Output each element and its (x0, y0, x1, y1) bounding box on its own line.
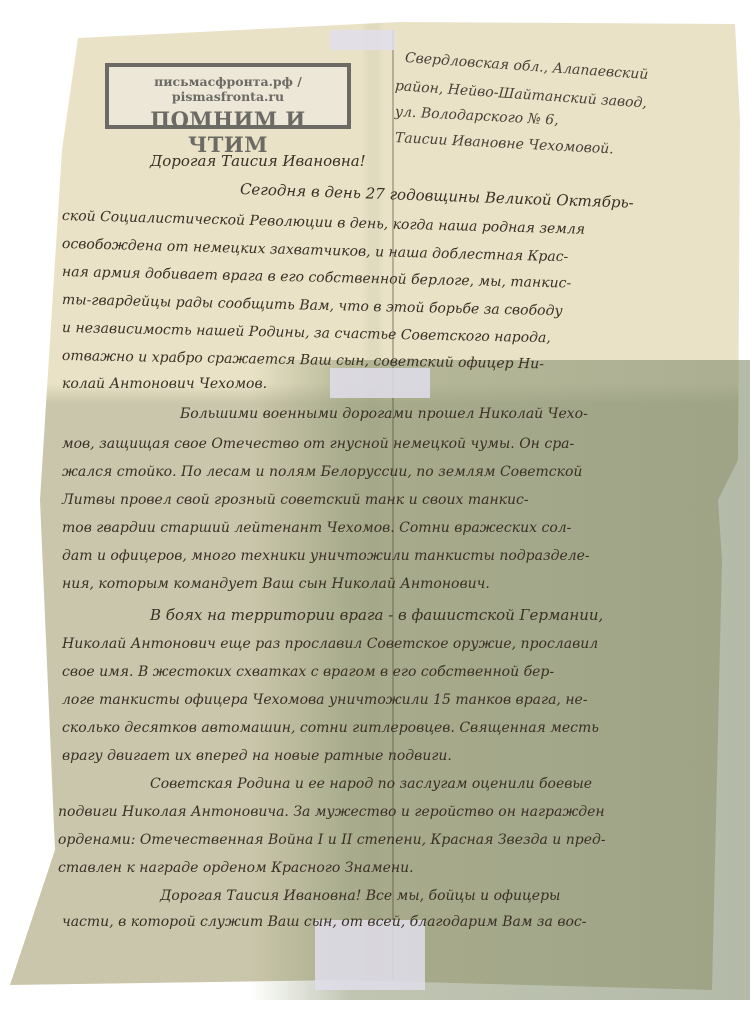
body-line: свое имя. В жестоких схватках с врагом в… (62, 664, 554, 680)
tape-piece (330, 368, 430, 398)
body-line: В боях на территории врага - в фашистско… (150, 606, 603, 624)
body-line: подвиги Николая Антоновича. За мужество … (58, 804, 605, 820)
body-line: дат и офицеров, много техники уничтожили… (62, 548, 590, 564)
body-line: Советская Родина и ее народ по заслугам … (150, 776, 592, 792)
body-line: Дорогая Таисия Ивановна! Все мы, бойцы и… (160, 888, 560, 904)
salutation: Дорогая Таисия Ивановна! (150, 152, 366, 170)
body-line: жался стойко. По лесам и полям Белорусси… (62, 464, 582, 480)
body-line: Литвы провел свой грозный советский танк… (62, 492, 529, 508)
body-line: орденами: Отечественная Война I и II сте… (58, 832, 606, 848)
body-line: сколько десятков автомашин, сотни гитлер… (62, 720, 599, 736)
body-line: Николай Антонович еще раз прославил Сове… (62, 636, 598, 652)
tape-piece (315, 920, 425, 990)
body-line: ния, которым командует Ваш сын Николай А… (62, 576, 490, 592)
watermark-stamp: письмасфронта.рф / pismasfronta.ru ПОМНИ… (105, 63, 351, 129)
tape-piece (330, 30, 395, 50)
watermark-url: письмасфронта.рф / pismasfronta.ru (109, 74, 347, 104)
watermark-title: ПОМНИМ И ЧТИМ (109, 107, 347, 157)
body-line: врагу двигает их вперед на новые ратные … (62, 748, 452, 764)
body-line: части, в которой служит Ваш сын, от всей… (62, 914, 586, 930)
body-line: колай Антонович Чехомов. (62, 376, 267, 392)
body-line: мов, защищая свое Отечество от гнусной н… (62, 436, 574, 452)
body-line: тов гвардии старший лейтенант Чехомов. С… (62, 520, 571, 536)
body-line: логе танкисты офицера Чехомова уничтожил… (62, 692, 588, 708)
body-line: ставлен к награде орденом Красного Знаме… (58, 860, 414, 876)
body-line: Большими военными дорогами прошел Никола… (180, 406, 588, 422)
